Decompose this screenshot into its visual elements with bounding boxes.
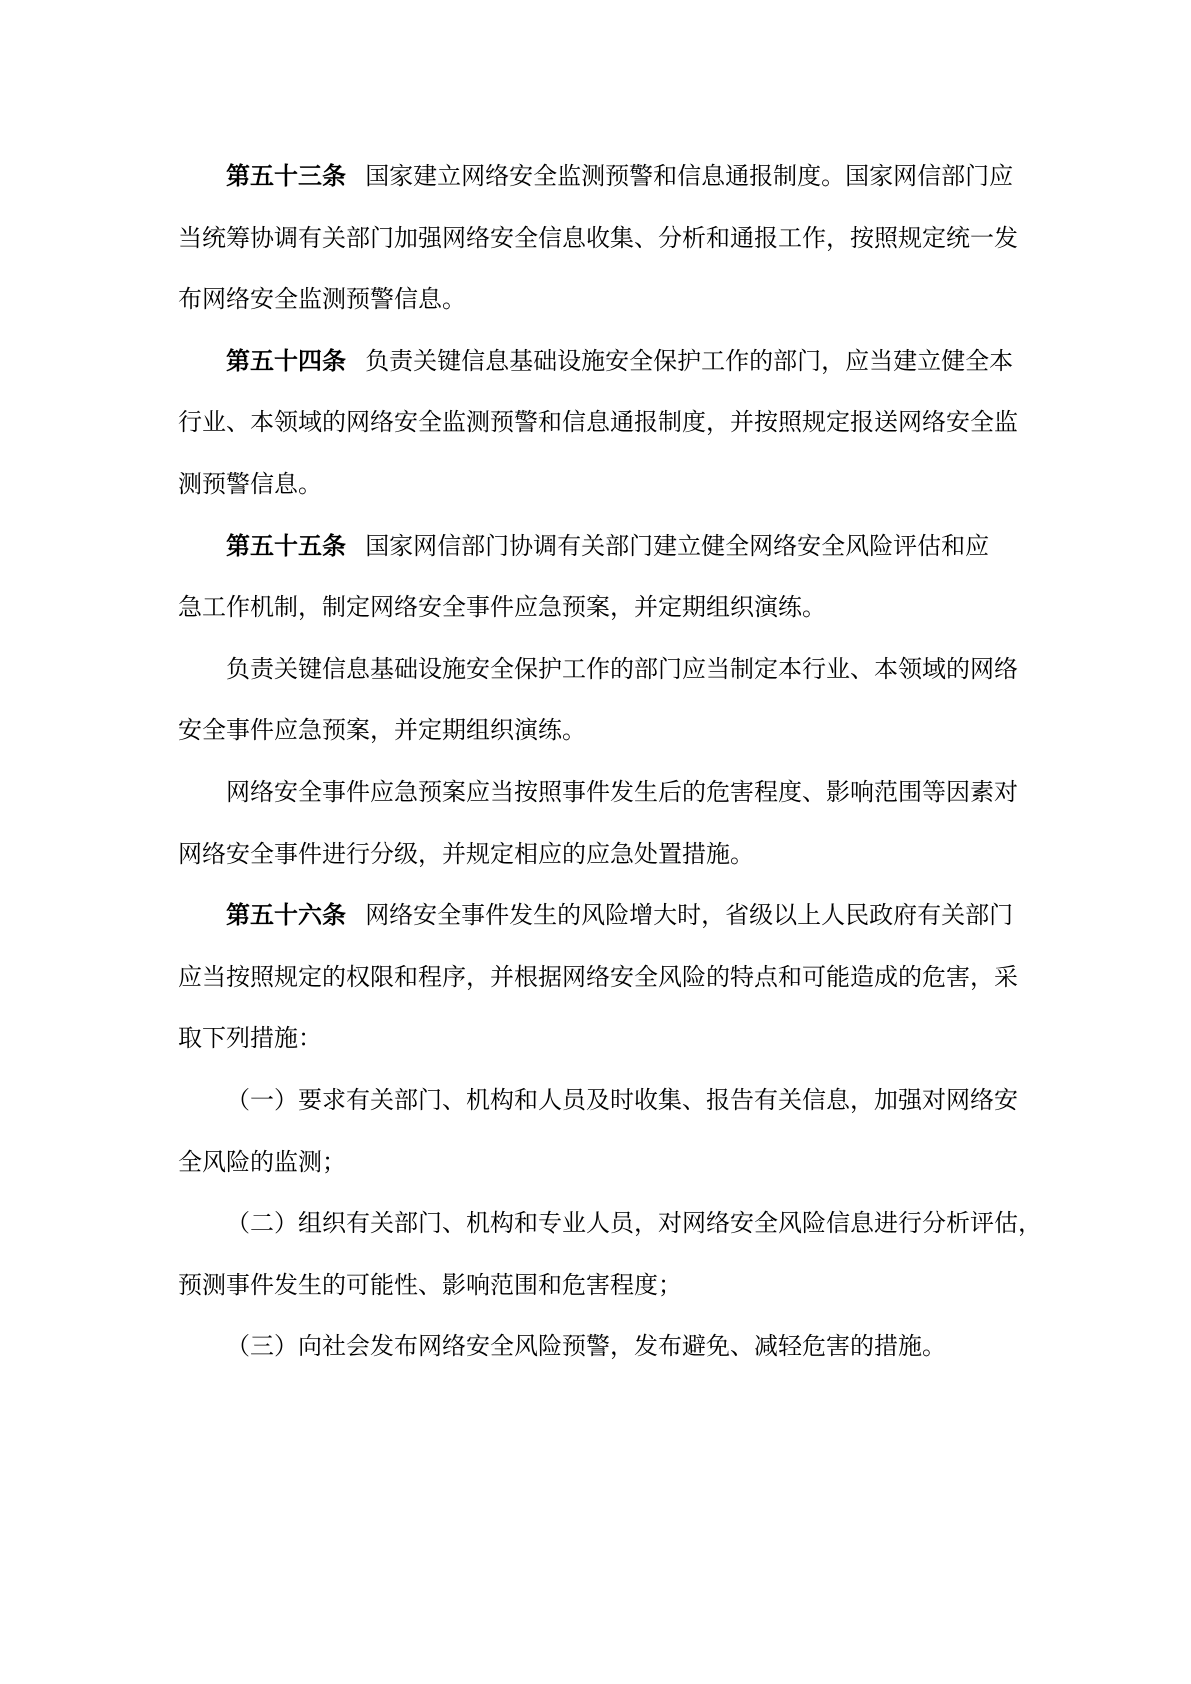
line-text: 国家建立网络安全监测预警和信息通报制度。国家网信部门应 <box>365 163 1013 190</box>
article-53-paragraph: 第五十三条国家建立网络安全监测预警和信息通报制度。国家网信部门应 当统筹协调有关… <box>178 146 1038 331</box>
article-number: 第五十四条 <box>226 348 346 375</box>
line-text: 应当按照规定的权限和程序，并根据网络安全风险的特点和可能造成的危害，采 <box>178 964 1018 991</box>
text-line: 当统筹协调有关部门加强网络安全信息收集、分析和通报工作，按照规定统一发 <box>178 208 1038 270</box>
text-line: 网络安全事件应急预案应当按照事件发生后的危害程度、影响范围等因素对 <box>178 762 1038 824</box>
article-56-paragraph: 第五十六条网络安全事件发生的风险增大时，省级以上人民政府有关部门 应当按照规定的… <box>178 885 1038 1070</box>
line-text: 布网络安全监测预警信息。 <box>178 286 466 313</box>
text-line: （二）组织有关部门、机构和专业人员，对网络安全风险信息进行分析评估， <box>178 1193 1038 1255</box>
line-text: 取下列措施： <box>178 1025 322 1052</box>
text-line: 急工作机制，制定网络安全事件应急预案，并定期组织演练。 <box>178 577 1038 639</box>
line-text: （二）组织有关部门、机构和专业人员，对网络安全风险信息进行分析评估， <box>226 1210 1042 1237</box>
text-line: （一）要求有关部门、机构和人员及时收集、报告有关信息，加强对网络安 <box>178 1070 1038 1132</box>
text-line: 第五十五条国家网信部门协调有关部门建立健全网络安全风险评估和应 <box>178 516 1038 578</box>
article-55-paragraph-1: 第五十五条国家网信部门协调有关部门建立健全网络安全风险评估和应 急工作机制，制定… <box>178 516 1038 639</box>
text-line: 安全事件应急预案，并定期组织演练。 <box>178 700 1038 762</box>
article-56-item-1: （一）要求有关部门、机构和人员及时收集、报告有关信息，加强对网络安 全风险的监测… <box>178 1070 1038 1193</box>
text-line: 负责关键信息基础设施安全保护工作的部门应当制定本行业、本领域的网络 <box>178 639 1038 701</box>
line-text: 网络安全事件应急预案应当按照事件发生后的危害程度、影响范围等因素对 <box>226 779 1018 806</box>
article-55-paragraph-2: 负责关键信息基础设施安全保护工作的部门应当制定本行业、本领域的网络 安全事件应急… <box>178 639 1038 762</box>
article-56-item-2: （二）组织有关部门、机构和专业人员，对网络安全风险信息进行分析评估， 预测事件发… <box>178 1193 1038 1316</box>
text-line: 第五十六条网络安全事件发生的风险增大时，省级以上人民政府有关部门 <box>178 885 1038 947</box>
text-line: （三）向社会发布网络安全风险预警，发布避免、减轻危害的措施。 <box>178 1316 1038 1378</box>
line-text: 预测事件发生的可能性、影响范围和危害程度； <box>178 1272 682 1299</box>
line-text: 网络安全事件发生的风险增大时，省级以上人民政府有关部门 <box>365 902 1013 929</box>
text-line: 应当按照规定的权限和程序，并根据网络安全风险的特点和可能造成的危害，采 <box>178 947 1038 1009</box>
text-line: 第五十三条国家建立网络安全监测预警和信息通报制度。国家网信部门应 <box>178 146 1038 208</box>
line-text: （三）向社会发布网络安全风险预警，发布避免、减轻危害的措施。 <box>226 1333 946 1360</box>
document-body-text: 第五十三条国家建立网络安全监测预警和信息通报制度。国家网信部门应 当统筹协调有关… <box>178 146 1038 1378</box>
text-line: 测预警信息。 <box>178 454 1038 516</box>
text-line: 行业、本领域的网络安全监测预警和信息通报制度，并按照规定报送网络安全监 <box>178 392 1038 454</box>
text-line: 全风险的监测； <box>178 1132 1038 1194</box>
line-text: 急工作机制，制定网络安全事件应急预案，并定期组织演练。 <box>178 594 826 621</box>
line-text: 安全事件应急预案，并定期组织演练。 <box>178 717 586 744</box>
article-number: 第五十五条 <box>226 533 346 560</box>
line-text: 负责关键信息基础设施安全保护工作的部门，应当建立健全本 <box>365 348 1013 375</box>
line-text: 测预警信息。 <box>178 471 322 498</box>
line-text: （一）要求有关部门、机构和人员及时收集、报告有关信息，加强对网络安 <box>226 1087 1018 1114</box>
article-54-paragraph: 第五十四条负责关键信息基础设施安全保护工作的部门，应当建立健全本 行业、本领域的… <box>178 331 1038 516</box>
document-page: 第五十三条国家建立网络安全监测预警和信息通报制度。国家网信部门应 当统筹协调有关… <box>0 0 1191 1684</box>
article-55-paragraph-3: 网络安全事件应急预案应当按照事件发生后的危害程度、影响范围等因素对 网络安全事件… <box>178 762 1038 885</box>
text-line: 第五十四条负责关键信息基础设施安全保护工作的部门，应当建立健全本 <box>178 331 1038 393</box>
text-line: 预测事件发生的可能性、影响范围和危害程度； <box>178 1255 1038 1317</box>
text-line: 布网络安全监测预警信息。 <box>178 269 1038 331</box>
line-text: 当统筹协调有关部门加强网络安全信息收集、分析和通报工作，按照规定统一发 <box>178 225 1018 252</box>
article-number: 第五十三条 <box>226 163 346 190</box>
line-text: 全风险的监测； <box>178 1149 346 1176</box>
line-text: 国家网信部门协调有关部门建立健全网络安全风险评估和应 <box>365 533 989 560</box>
line-text: 行业、本领域的网络安全监测预警和信息通报制度，并按照规定报送网络安全监 <box>178 409 1018 436</box>
text-line: 取下列措施： <box>178 1008 1038 1070</box>
text-line: 网络安全事件进行分级，并规定相应的应急处置措施。 <box>178 824 1038 886</box>
article-number: 第五十六条 <box>226 902 346 929</box>
line-text: 负责关键信息基础设施安全保护工作的部门应当制定本行业、本领域的网络 <box>226 656 1018 683</box>
line-text: 网络安全事件进行分级，并规定相应的应急处置措施。 <box>178 841 754 868</box>
article-56-item-3: （三）向社会发布网络安全风险预警，发布避免、减轻危害的措施。 <box>178 1316 1038 1378</box>
